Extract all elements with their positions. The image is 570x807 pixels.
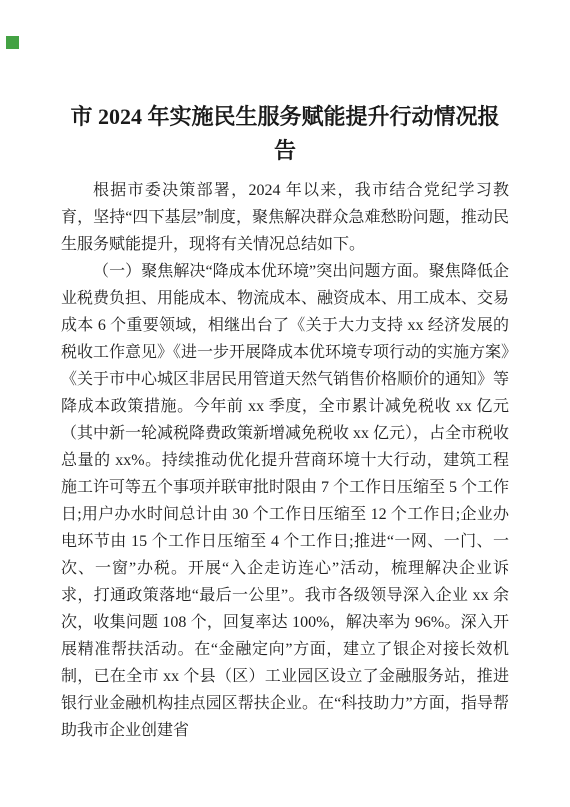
paragraph-intro: 根据市委决策部署，2024 年以来，我市结合党纪学习教育，坚持“四下基层”制度，… bbox=[61, 177, 509, 258]
document-body: 根据市委决策部署，2024 年以来，我市结合党纪学习教育，坚持“四下基层”制度，… bbox=[61, 177, 509, 744]
paragraph-section-one: （一）聚焦解决“降成本优环境”突出问题方面。聚焦降低企业税费负担、用能成本、物流… bbox=[61, 258, 509, 744]
document-page: 市 2024 年实施民生服务赋能提升行动情况报告 根据市委决策部署，2024 年… bbox=[0, 0, 570, 807]
green-square-marker bbox=[6, 36, 19, 49]
document-title: 市 2024 年实施民生服务赋能提升行动情况报告 bbox=[65, 100, 505, 168]
